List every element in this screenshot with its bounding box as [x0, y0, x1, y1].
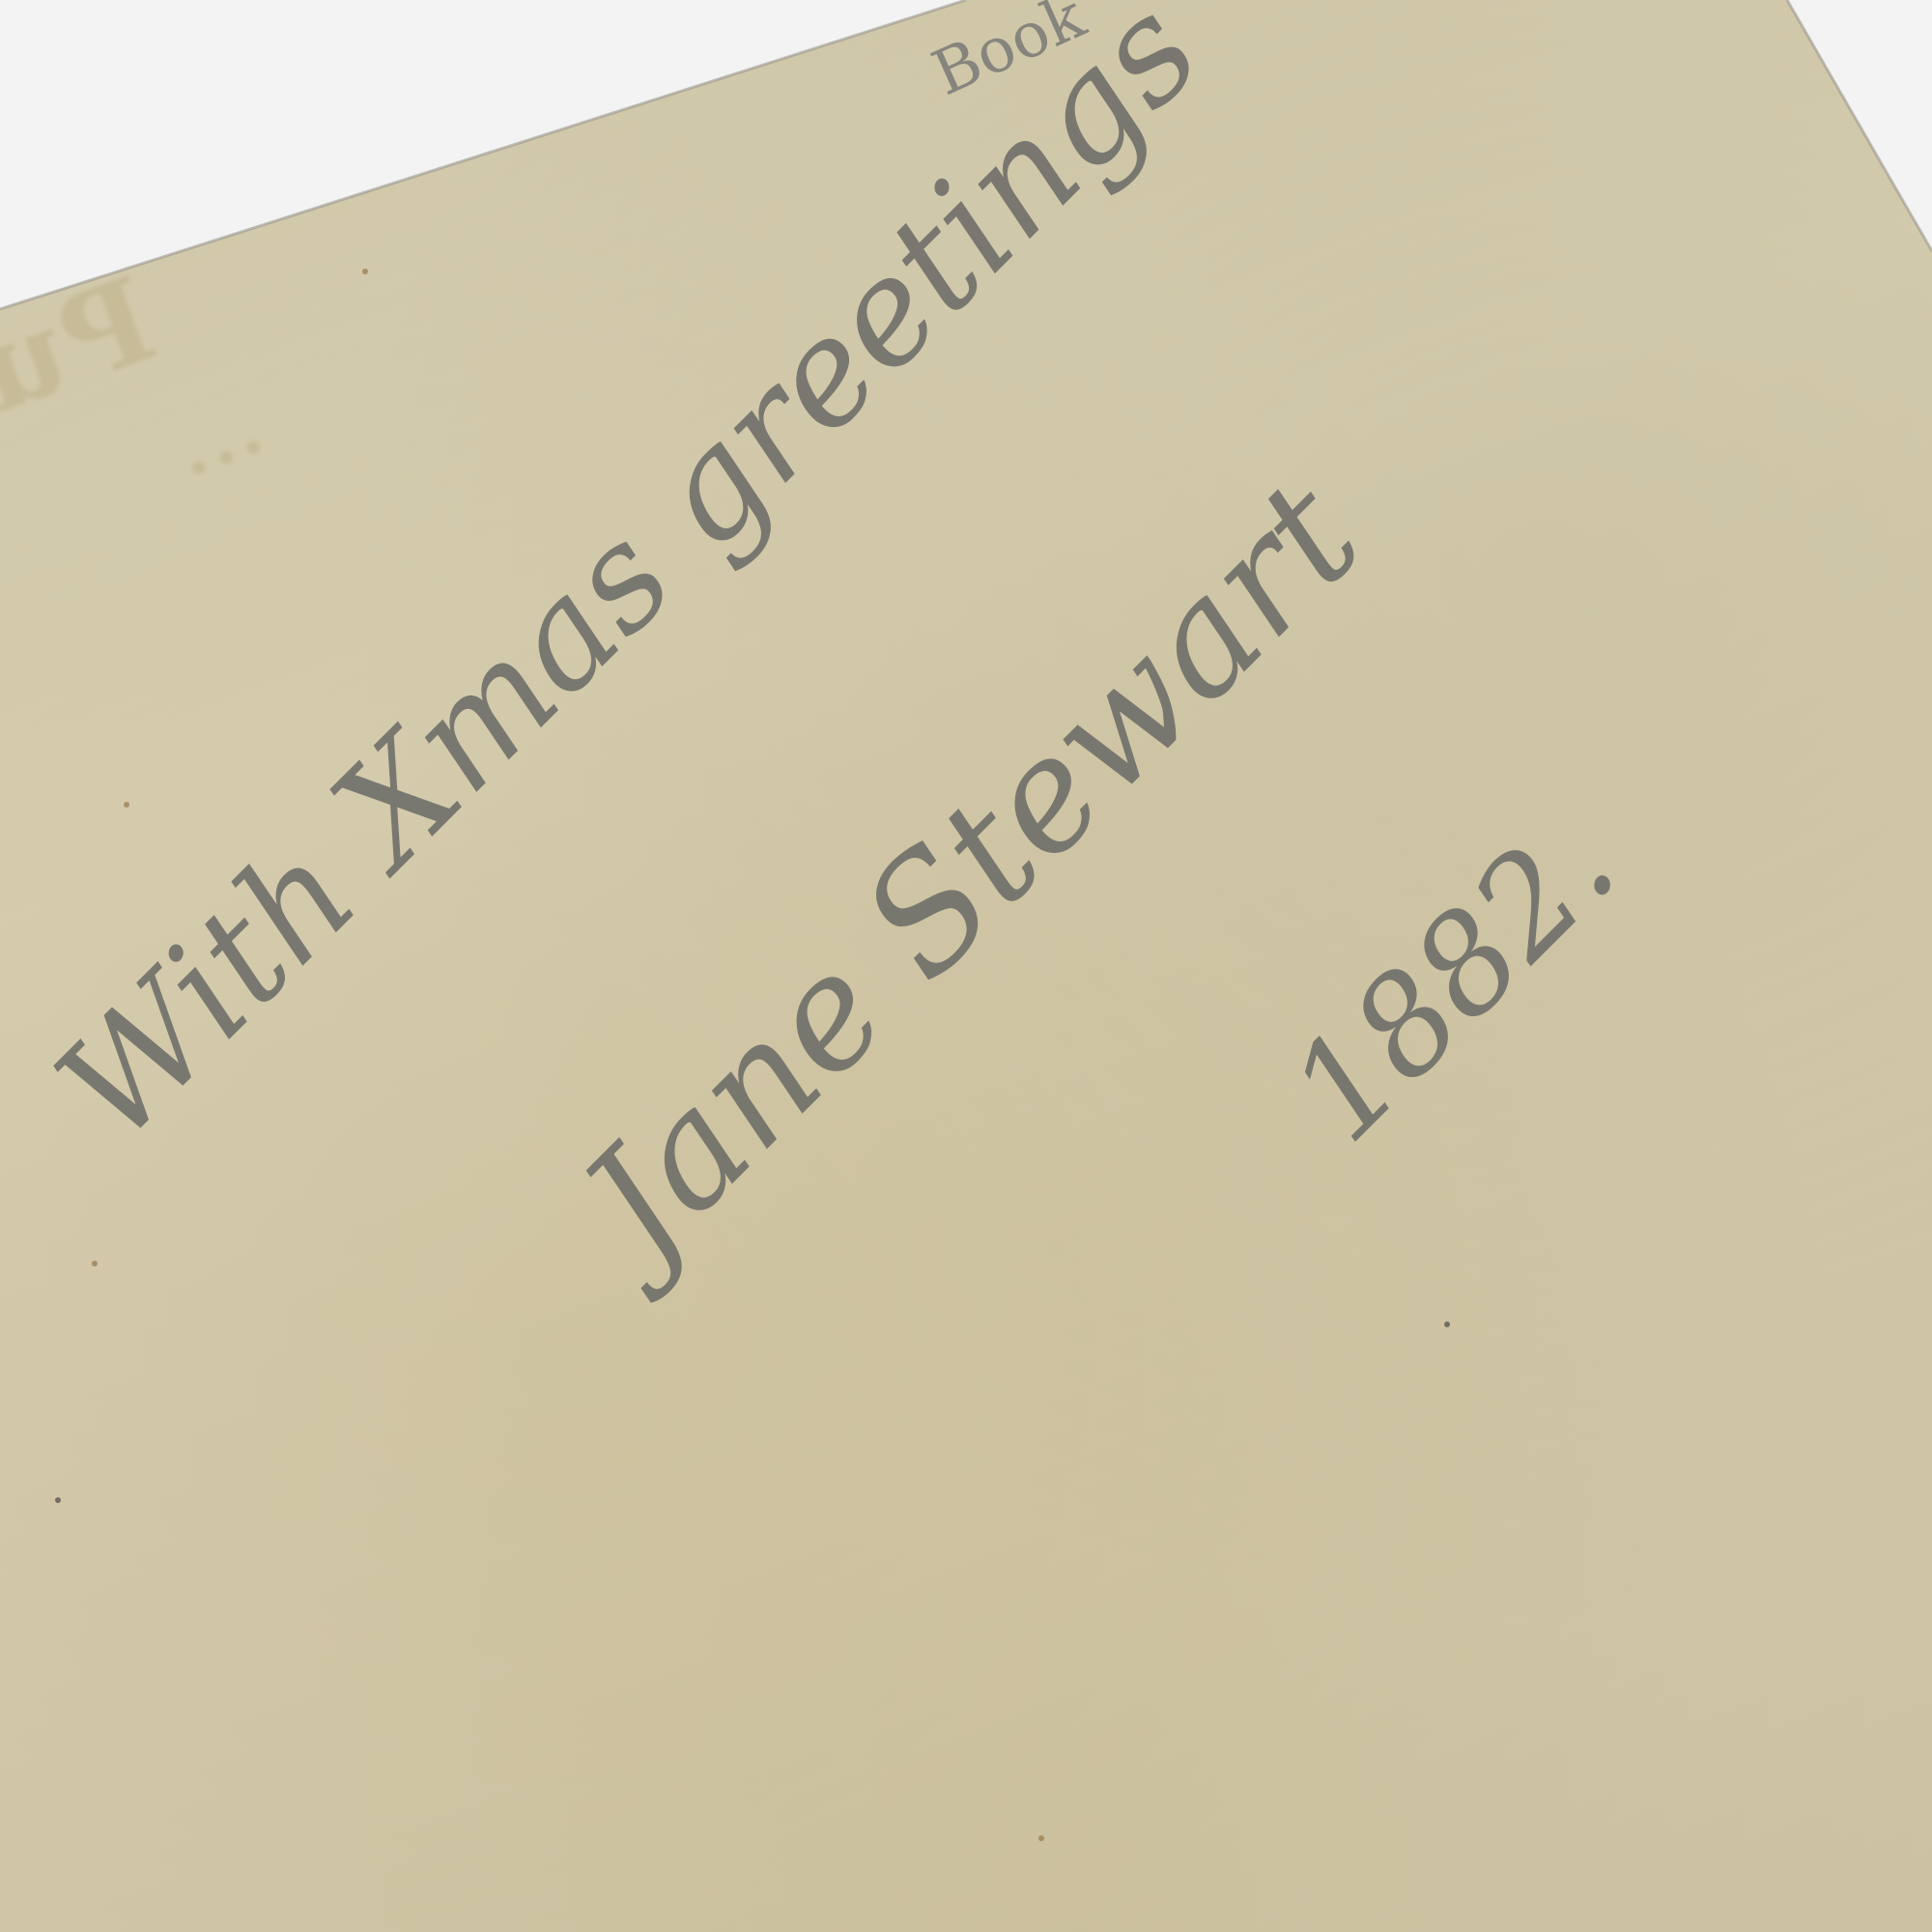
photo-stage: Publishing House ··· Book With Xmas gree…: [0, 0, 1932, 1932]
foxing-spot: [124, 802, 129, 808]
inscription-line-greeting: With Xmas greetings: [26, 0, 1232, 1173]
book-page: Publishing House ··· Book With Xmas gree…: [0, 0, 1932, 1932]
foxing-spot: [1038, 1835, 1044, 1841]
foxing-spot: [92, 1261, 98, 1266]
inscription-line-year: 1882.: [1261, 786, 1646, 1172]
bleed-through-print-line2: ···: [168, 406, 278, 511]
foxing-spot: [55, 1497, 61, 1503]
foxing-spot: [1444, 1321, 1450, 1327]
bleed-through-print: Publishing House: [0, 251, 172, 804]
foxing-spot: [362, 269, 368, 274]
